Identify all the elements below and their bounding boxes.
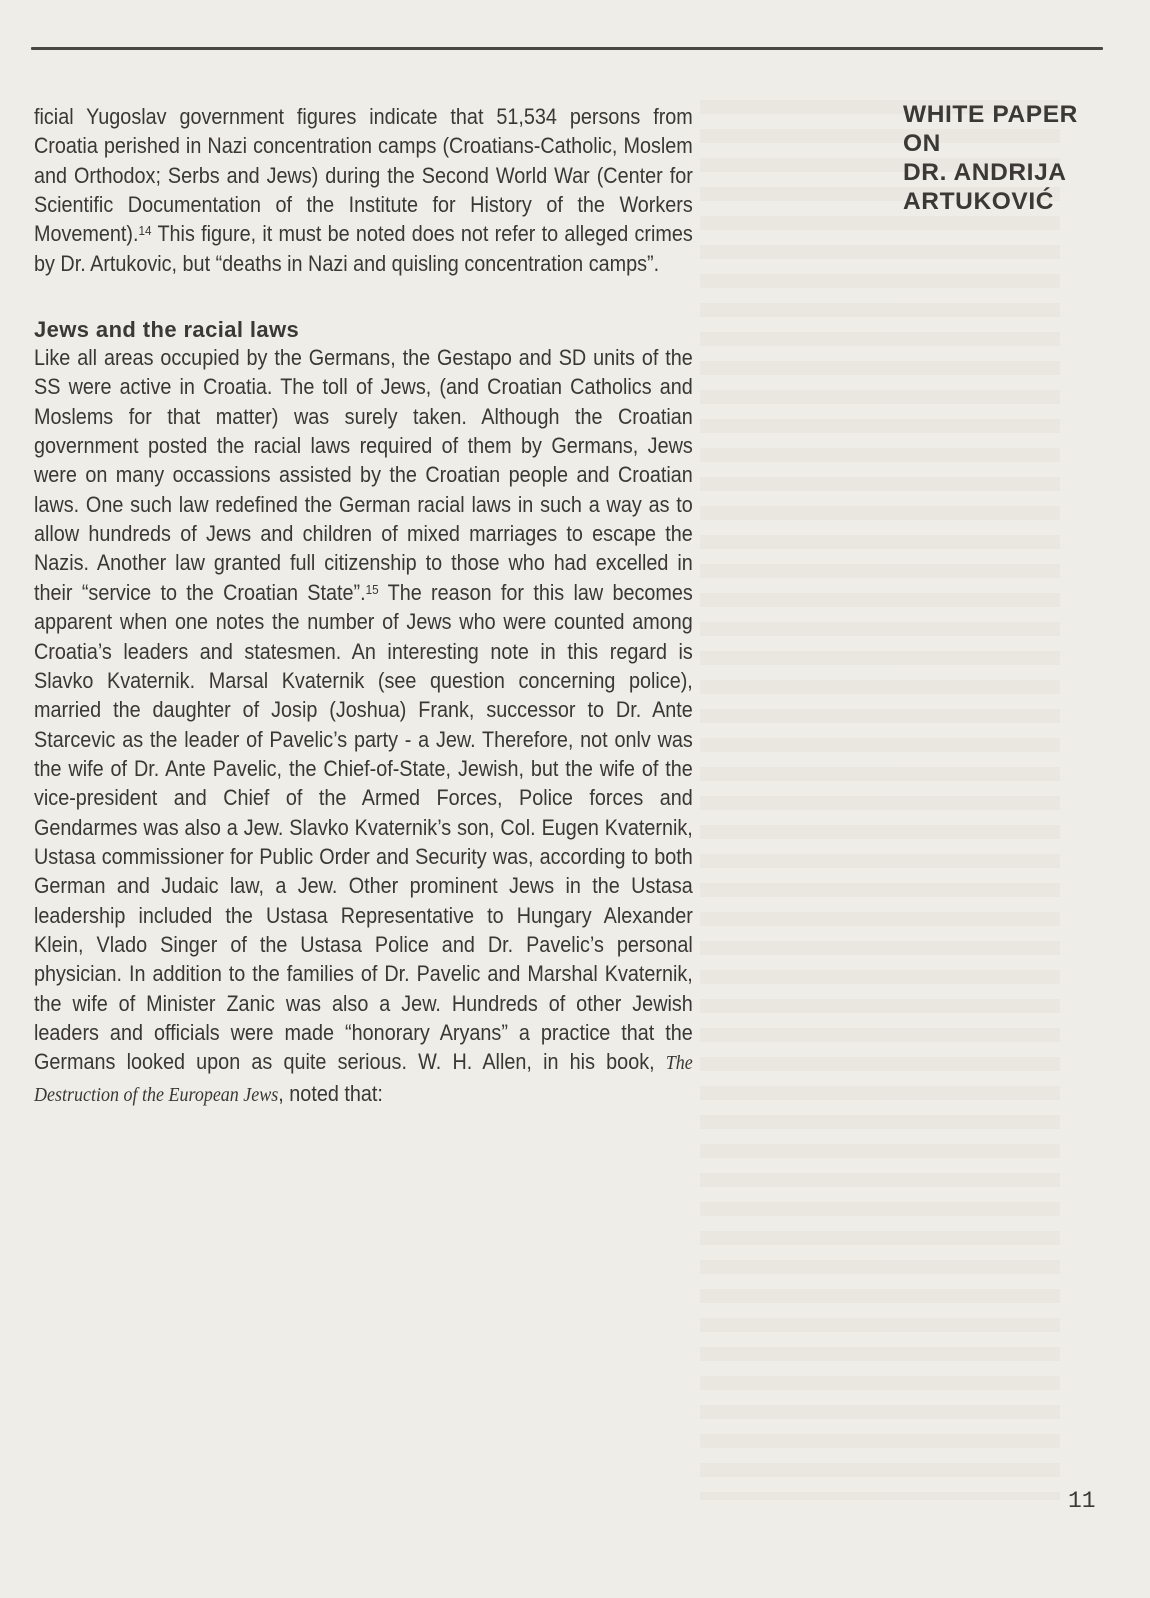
page-number: 11 [1068,1488,1096,1514]
paragraph-text: , noted that: [278,1081,383,1106]
document-side-title: WHITE PAPER ON DR. ANDRIJA ARTUKOVIĆ [903,100,1078,216]
paragraph-racial-laws: Like all areas occupied by the Germans, … [34,343,693,1110]
bleed-through-texture [700,100,1060,1500]
top-rule-divider [31,47,1103,50]
side-title-line-2: ON [903,129,1078,158]
side-title-line-4: ARTUKOVIĆ [903,187,1078,216]
section-heading: Jews and the racial laws [34,317,693,343]
footnote-marker-15: 15 [366,582,379,597]
paragraph-yugoslav-figures: ficial Yugoslav government figures indic… [34,102,693,278]
side-title-line-1: WHITE PAPER [903,100,1078,129]
footnote-marker-14: 14 [139,223,152,238]
paragraph-text: Like all areas occupied by the Germans, … [34,345,693,605]
paragraph-text: The reason for this law becomes apparent… [34,580,693,1075]
side-title-line-3: DR. ANDRIJA [903,158,1078,187]
main-text-column: ficial Yugoslav government figures indic… [34,102,693,1110]
